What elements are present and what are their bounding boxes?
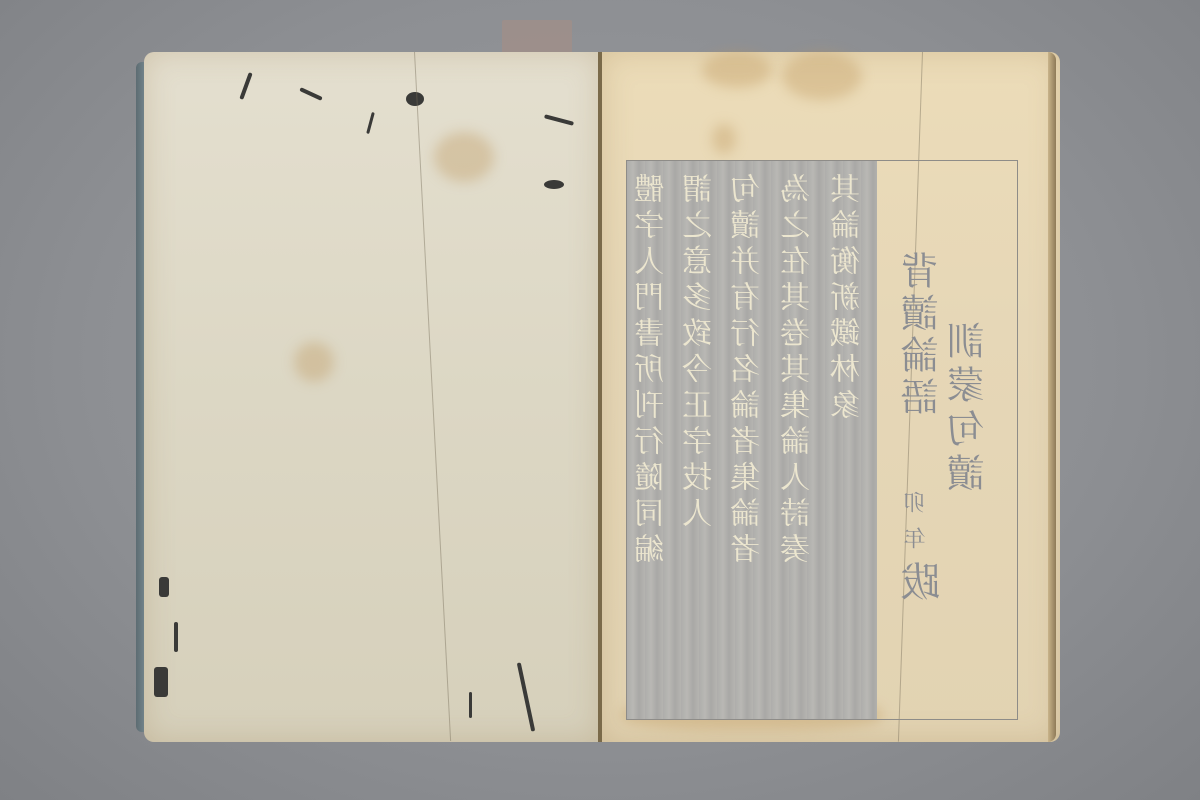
text-column-1: 其論衡新鐵林象 bbox=[827, 173, 871, 713]
printed-text-block: 其論衡新鐵林象 為之在其卷其集論人詩奏 句讀并有行名論者集論者 謂之意多致今正字… bbox=[626, 160, 1018, 720]
wormhole bbox=[159, 577, 169, 597]
wormhole bbox=[366, 112, 375, 134]
left-page bbox=[144, 52, 600, 742]
wormhole bbox=[544, 114, 574, 126]
wormhole bbox=[517, 662, 535, 731]
title-secondary: 背讀論語 bbox=[895, 251, 950, 419]
wormhole bbox=[154, 667, 168, 697]
title-end-mark: 跋 bbox=[895, 561, 952, 601]
text-column-4: 謂之意多致今正字技人 bbox=[679, 173, 723, 713]
water-stain bbox=[702, 52, 772, 88]
open-book: 其論衡新鐵林象 為之在其卷其集論人詩奏 句讀并有行名論者集論者 謂之意多致今正字… bbox=[136, 52, 1066, 746]
reversed-ink-area: 其論衡新鐵林象 為之在其卷其集論人詩奏 句讀并有行名論者集論者 謂之意多致今正字… bbox=[627, 161, 877, 719]
water-stain bbox=[294, 342, 334, 382]
text-column-5: 體字人門書所刊行隨同編 bbox=[631, 173, 675, 713]
text-column-2: 為之在其卷其集論人詩奏 bbox=[777, 173, 821, 713]
wormhole bbox=[544, 180, 564, 189]
wormhole bbox=[469, 692, 472, 718]
title-small-note: 卯年 bbox=[901, 491, 932, 563]
wormhole bbox=[174, 622, 178, 652]
water-stain bbox=[782, 52, 862, 100]
water-stain bbox=[712, 124, 736, 154]
wormhole bbox=[299, 87, 322, 101]
title-cartouche: 訓蒙句讀 背讀論語 卯年 跋 bbox=[879, 161, 1015, 719]
page-fore-edge bbox=[1048, 52, 1056, 742]
wormhole bbox=[239, 72, 252, 100]
water-stain bbox=[434, 132, 494, 182]
wormhole bbox=[406, 92, 424, 106]
text-column-3: 句讀并有行名論者集論者 bbox=[727, 173, 771, 713]
